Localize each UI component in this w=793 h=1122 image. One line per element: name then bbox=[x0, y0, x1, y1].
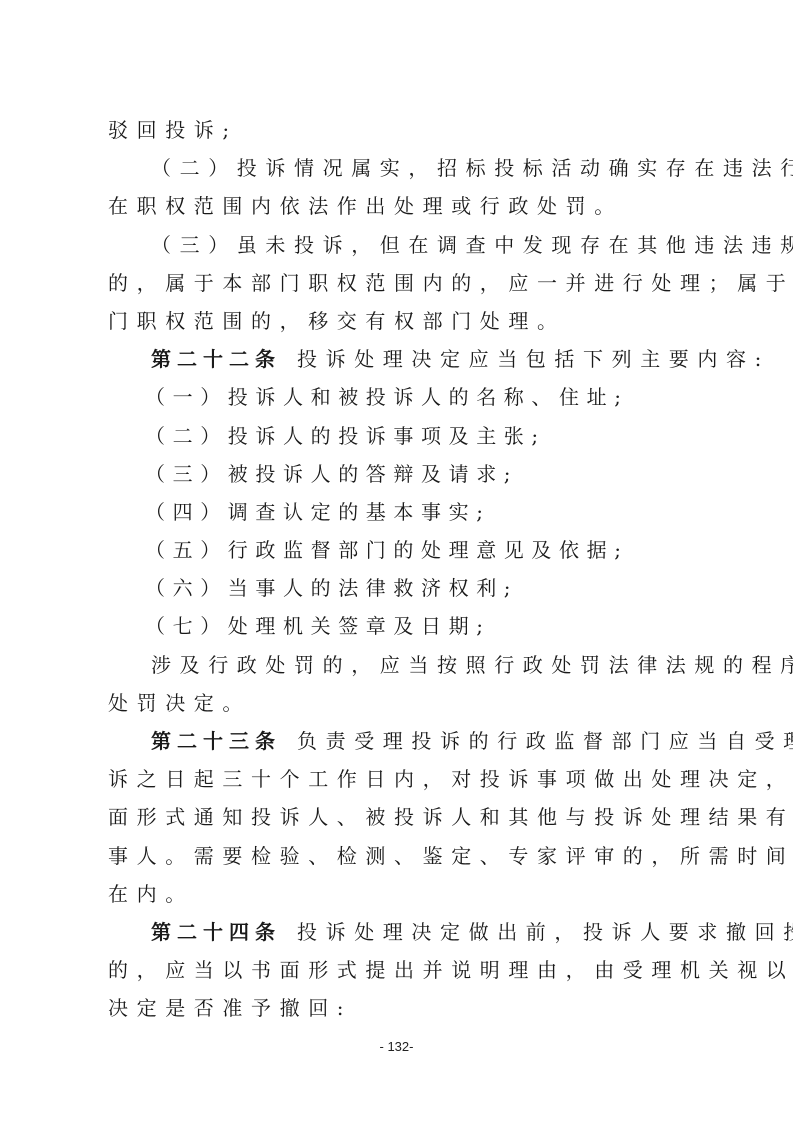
list-item: （三）被投诉人的答辩及请求; bbox=[108, 455, 688, 493]
paragraph-line: 决定是否准予撤回: bbox=[108, 989, 688, 1027]
article-heading: 第二十二条 bbox=[151, 347, 281, 371]
article-23: 第二十三条负责受理投诉的行政监督部门应当自受理投 bbox=[108, 722, 688, 760]
list-item: （四）调查认定的基本事实; bbox=[108, 493, 688, 531]
article-heading: 第二十三条 bbox=[151, 729, 281, 753]
paragraph-line: 的，应当以书面形式提出并说明理由，由受理机关视以下情况， bbox=[108, 951, 688, 989]
paragraph-line: 在职权范围内依法作出处理或行政处罚。 bbox=[108, 187, 688, 225]
page-number: - 132- bbox=[0, 1039, 793, 1054]
paragraph-line: （三）虽未投诉，但在调查中发现存在其他违法违规行为 bbox=[108, 226, 688, 264]
paragraph-line: 面形式通知投诉人、被投诉人和其他与投诉处理结果有关的当 bbox=[108, 798, 688, 836]
paragraph-line: 在内。 bbox=[108, 875, 688, 913]
article-24: 第二十四条投诉处理决定做出前，投诉人要求撤回投诉 bbox=[108, 913, 688, 951]
article-22: 第二十二条投诉处理决定应当包括下列主要内容: bbox=[108, 340, 688, 378]
article-text: 投诉处理决定做出前，投诉人要求撤回投诉 bbox=[297, 920, 793, 944]
paragraph-line: 处罚决定。 bbox=[108, 684, 688, 722]
list-item: （六）当事人的法律救济权利; bbox=[108, 569, 688, 607]
list-item: （二）投诉人的投诉事项及主张; bbox=[108, 417, 688, 455]
article-text: 负责受理投诉的行政监督部门应当自受理投 bbox=[297, 729, 793, 753]
article-heading: 第二十四条 bbox=[151, 920, 281, 944]
paragraph-line: （二）投诉情况属实，招标投标活动确实存在违法行为的， bbox=[108, 149, 688, 187]
paragraph-line: 涉及行政处罚的，应当按照行政处罚法律法规的程序作出 bbox=[108, 646, 688, 684]
paragraph-line: 门职权范围的，移交有权部门处理。 bbox=[108, 302, 688, 340]
article-text: 投诉处理决定应当包括下列主要内容: bbox=[297, 347, 770, 371]
paragraph-line: 诉之日起三十个工作日内，对投诉事项做出处理决定，并以书 bbox=[108, 760, 688, 798]
list-item: （五）行政监督部门的处理意见及依据; bbox=[108, 531, 688, 569]
paragraph-line: 驳回投诉; bbox=[108, 111, 688, 149]
list-item: （一）投诉人和被投诉人的名称、住址; bbox=[108, 378, 688, 416]
document-body: 驳回投诉; （二）投诉情况属实，招标投标活动确实存在违法行为的， 在职权范围内依… bbox=[108, 111, 688, 1028]
paragraph-line: 事人。需要检验、检测、鉴定、专家评审的，所需时间不计算 bbox=[108, 837, 688, 875]
paragraph-line: 的，属于本部门职权范围内的，应一并进行处理；属于其他部 bbox=[108, 264, 688, 302]
list-item: （七）处理机关签章及日期; bbox=[108, 607, 688, 645]
